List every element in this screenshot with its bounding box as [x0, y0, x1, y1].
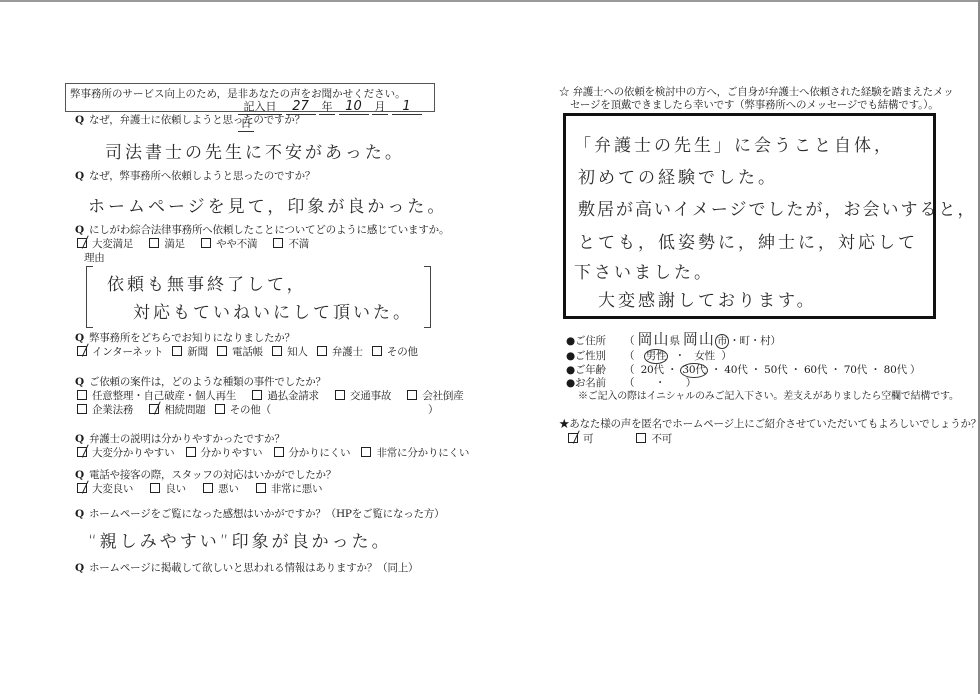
question-homepage-impression: Qホームページをご覧になった感想はいかがですか？（HPをご覧になった方） [75, 508, 444, 521]
question-explanation: Q弁護士の説明は分かりやすかったですか？ [75, 433, 285, 446]
option-label: 任意整理・自己破産・個人再生 [92, 390, 236, 402]
address-city[interactable]: 岡山 [683, 330, 715, 348]
question-text: ホームページに掲載して欲しいと思われる情報はありますか？（同上） [89, 562, 418, 574]
option-lawyer[interactable]: 弁護士 [317, 346, 363, 359]
checkbox-icon[interactable] [172, 346, 182, 356]
question-case-type: Qご依頼の案件は，どのような種類の事件でしたか？ [75, 376, 326, 389]
profile-age: ●ご年齢（ 20代 ・ 30代 ・ 40代 ・ 50代 ・ 60代 ・ 70代 … [566, 363, 920, 378]
question-text: ご依頼の案件は，どのような種類の事件でしたか？ [89, 376, 326, 388]
checkbox-icon[interactable] [186, 447, 196, 457]
checkbox-icon[interactable] [149, 238, 159, 248]
option-label: 新聞 [187, 346, 208, 358]
question-why-office: Qなぜ，弊事務所へ依頼しようと思ったのですか？ [75, 170, 315, 183]
option-label: 過払金請求 [267, 390, 319, 402]
option-label: 可 [583, 433, 593, 445]
option-label: 非常に悪い [271, 483, 323, 495]
q-marker: Q [75, 508, 84, 520]
option-label: 満足 [164, 238, 185, 250]
option-allow[interactable]: 可 [568, 433, 593, 446]
gender-label: ●ご性別 [566, 350, 624, 363]
checkbox-icon[interactable] [372, 346, 382, 356]
case-type-options-row1: 任意整理・自己破産・個人再生 過払金請求 交通事故 会社倒産 [77, 390, 477, 403]
option-label: 不満 [288, 238, 309, 250]
option-very-clear[interactable]: 大変分かりやすい [77, 447, 174, 460]
checkbox-icon[interactable] [407, 390, 417, 400]
checkbox-icon[interactable] [317, 346, 327, 356]
option-overpayment[interactable]: 過払金請求 [252, 390, 319, 403]
question-text: にしがわ綜合法律事務所へ依頼したことについてどのように感じていますか。 [89, 224, 449, 236]
q-marker: Q [75, 562, 84, 574]
checkbox-icon[interactable] [256, 483, 266, 493]
age-20s[interactable]: 20代 [641, 364, 664, 376]
option-good[interactable]: 良い [150, 483, 186, 496]
city-unit-circled[interactable]: 市 [715, 334, 729, 349]
message-line-5: 下さいました。 [574, 258, 714, 283]
age-80s[interactable]: 80代 [884, 364, 907, 376]
option-dissatisfied[interactable]: 不満 [273, 238, 309, 251]
option-other[interactable]: その他 [372, 346, 418, 359]
option-somewhat-dissatisfied[interactable]: やや不満 [201, 238, 257, 251]
option-phonebook[interactable]: 電話帳 [217, 346, 263, 359]
checkbox-icon[interactable] [203, 483, 213, 493]
checkbox-checked-icon[interactable] [77, 238, 87, 248]
q-marker: Q [75, 376, 84, 388]
question-text: 弁護士の説明は分かりやすかったですか？ [89, 433, 285, 445]
option-internet[interactable]: インターネット [77, 346, 163, 359]
option-clear[interactable]: 分かりやすい [186, 447, 263, 460]
message-line-2: 初めての経験でした。 [578, 163, 778, 188]
question-text: ホームページをご覧になった感想はいかがですか？（HPをご覧になった方） [89, 508, 445, 520]
profile-note: ※ご記入の際はイニシャルのみご記入下さい。差支えがありましたら空欄で結構です。 [578, 390, 959, 403]
publish-question: ★あなた様の声を匿名でホームページ上にご紹介させていただいてもよろしいでしょうか… [559, 418, 980, 431]
checkbox-icon[interactable] [252, 390, 262, 400]
option-very-satisfied[interactable]: 大変満足 [77, 238, 133, 251]
checkbox-icon[interactable] [273, 238, 283, 248]
option-bad[interactable]: 悪い [203, 483, 239, 496]
option-label: 会社倒産 [422, 390, 463, 402]
checkbox-icon[interactable] [77, 404, 87, 414]
option-newspaper[interactable]: 新聞 [172, 346, 208, 359]
checkbox-icon[interactable] [77, 390, 87, 400]
other-close-paren: ） [428, 404, 438, 417]
age-40s[interactable]: 40代 [724, 364, 747, 376]
message-box[interactable]: 「弁護士の先生」に会うこと自体， 初めての経験でした。 敷居が高いイメージでした… [563, 113, 936, 319]
explanation-options: 大変分かりやすい 分かりやすい 分かりにくい 非常に分かりにくい [77, 447, 482, 460]
entry-day[interactable]: 1 [392, 99, 422, 115]
checkbox-icon[interactable] [272, 346, 282, 356]
option-very-good[interactable]: 大変良い [77, 483, 133, 496]
option-inheritance[interactable]: 相続問題 [149, 404, 205, 417]
message-prompt-line-1: ☆ 弁護士への依頼を検討中の方へ，ご自身が弁護士へ依頼された経験を踏まえたメッ [559, 86, 954, 99]
option-traffic[interactable]: 交通事故 [335, 390, 391, 403]
option-corporate[interactable]: 企業法務 [77, 404, 133, 417]
option-label: 分かりやすい [201, 447, 263, 459]
option-label: 非常に分かりにくい [376, 447, 469, 459]
question-satisfaction: Qにしがわ綜合法律事務所へ依頼したことについてどのように感じていますか。 [75, 224, 449, 237]
question-text: なぜ，弊事務所へ依頼しようと思ったのですか？ [89, 170, 315, 182]
option-label: 不可 [651, 433, 672, 445]
question-text: 電話や接客の際，スタッフの対応はいかがでしたか？ [89, 469, 336, 481]
option-label: 知人 [287, 346, 308, 358]
checkbox-icon[interactable] [215, 404, 225, 414]
answer-homepage-impression[interactable]: “親しみやすい”印象が良かった。 [88, 527, 392, 552]
year-unit: 年 [319, 98, 335, 115]
option-label: 良い [165, 483, 186, 495]
checkbox-icon[interactable] [335, 390, 345, 400]
question-text: 弊事務所をどちらでお知りになりましたか？ [89, 332, 295, 344]
question-staff: Q電話や接客の際，スタッフの対応はいかがでしたか？ [75, 469, 336, 482]
option-label: その他（ [230, 404, 271, 416]
entry-month[interactable]: 10 [339, 99, 369, 115]
checkbox-icon[interactable] [361, 447, 371, 457]
message-line-1: 「弁護士の先生」に会うこと自体， [574, 131, 894, 156]
option-label: 電話帳 [232, 346, 263, 358]
staff-options: 大変良い 良い 悪い 非常に悪い [77, 483, 335, 496]
survey-header-box: 弊事務所のサービス向上のため，是非あなたの声をお聞かせください。 記入日 27 … [65, 83, 435, 112]
profile-name: ●お名前（ ・ ） [566, 377, 696, 390]
checkbox-checked-icon[interactable] [77, 447, 87, 457]
satisfaction-options: 大変満足 満足 やや不満 不満 [77, 238, 322, 251]
scan-edge-top [0, 0, 980, 2]
question-text: なぜ，弁護士に依頼しようと思ったのですか？ [89, 114, 305, 126]
option-label: 悪い [218, 483, 239, 495]
reason-line-2[interactable]: 対応もていねいにして頂いた。 [133, 298, 413, 323]
option-bankruptcy[interactable]: 会社倒産 [407, 390, 463, 403]
q-marker: Q [75, 170, 84, 182]
option-label: その他 [387, 346, 418, 358]
question-how-found: Q弊事務所をどちらでお知りになりましたか？ [75, 332, 295, 345]
option-label: インターネット [92, 346, 163, 358]
name-label: ●お名前 [566, 377, 624, 390]
checkbox-icon[interactable] [636, 433, 646, 443]
address-label: ●ご住所 [566, 335, 624, 348]
message-line-6: 大変感謝しております。 [598, 286, 817, 311]
address-prefecture[interactable]: 岡山 [637, 330, 669, 348]
checkbox-icon[interactable] [274, 447, 284, 457]
checkbox-checked-icon[interactable] [149, 404, 159, 414]
checkbox-icon[interactable] [150, 483, 160, 493]
checkbox-icon[interactable] [217, 346, 227, 356]
answer-why-lawyer[interactable]: 司法書士の先生に不安があった。 [105, 138, 405, 163]
entry-date-label: 記入日 [238, 98, 282, 115]
entry-year[interactable]: 27 [286, 99, 316, 115]
reason-bracket-left [86, 266, 93, 328]
message-line-3: 敷居が高いイメージでしたが，お会いすると， [578, 195, 977, 220]
message-prompt-line-2: セージを頂戴できましたら幸いです（弊事務所へのメッセージでも結構です。）。 [570, 99, 939, 112]
publish-options: 可 不可 [568, 433, 685, 446]
option-acquaintance[interactable]: 知人 [272, 346, 308, 359]
question-why-lawyer: Qなぜ，弁護士に依頼しようと思ったのですか？ [75, 114, 305, 127]
question-homepage-info: Qホームページに掲載して欲しいと思われる情報はありますか？（同上） [75, 562, 418, 575]
name-field[interactable]: （ ・ ） [624, 377, 696, 389]
option-unclear[interactable]: 分かりにくい [274, 447, 351, 460]
reason-label: 理由 [84, 252, 105, 265]
option-label: 交通事故 [350, 390, 391, 402]
option-disallow[interactable]: 不可 [636, 433, 672, 446]
age-70s[interactable]: 70代 [844, 364, 867, 376]
gender-male-circled[interactable]: 男性 [644, 349, 669, 364]
message-line-4: とても，低姿勢に，紳士に，対応して [578, 228, 918, 253]
reason-bracket-right [424, 266, 431, 328]
age-label: ●ご年齢 [566, 364, 624, 377]
case-type-options-row2: 企業法務 相続問題 その他（ [77, 404, 284, 417]
option-label: 大変良い [92, 483, 133, 495]
option-label: やや不満 [216, 238, 257, 250]
option-label: 大変分かりやすい [92, 447, 174, 459]
checkbox-checked-icon[interactable] [568, 433, 578, 443]
checkbox-checked-icon[interactable] [77, 346, 87, 356]
age-60s[interactable]: 60代 [804, 364, 827, 376]
option-label: 企業法務 [92, 404, 133, 416]
checkbox-icon[interactable] [201, 238, 211, 248]
answer-why-office[interactable]: ホームページを見て，印象が良かった。 [88, 192, 447, 217]
q-marker: Q [75, 114, 84, 126]
option-label: 弁護士 [332, 346, 363, 358]
option-satisfied[interactable]: 満足 [149, 238, 185, 251]
option-label: 分かりにくい [289, 447, 351, 459]
age-50s[interactable]: 50代 [764, 364, 787, 376]
how-found-options: インターネット 新聞 電話帳 知人 弁護士 その他 [77, 346, 424, 359]
prefecture-unit: 県 [669, 335, 679, 347]
option-label: 相続問題 [164, 404, 205, 416]
address-rest: ・町・村） [729, 335, 781, 347]
option-other-case[interactable]: その他（ [215, 404, 271, 417]
profile-address: ●ご住所（ 岡山県 岡山市・町・村） [566, 333, 781, 349]
option-very-bad[interactable]: 非常に悪い [256, 483, 323, 496]
option-very-unclear[interactable]: 非常に分かりにくい [361, 447, 469, 460]
option-label: 大変満足 [92, 238, 133, 250]
reason-line-1[interactable]: 依頼も無事終了して， [107, 270, 307, 295]
checkbox-checked-icon[interactable] [77, 483, 87, 493]
age-30s-circled[interactable]: 30代 [680, 363, 707, 378]
month-unit: 月 [372, 98, 388, 115]
profile-gender: ●ご性別（ 男性 ・ 女性 ） [566, 349, 732, 364]
gender-female[interactable]: 女性 [694, 350, 715, 362]
